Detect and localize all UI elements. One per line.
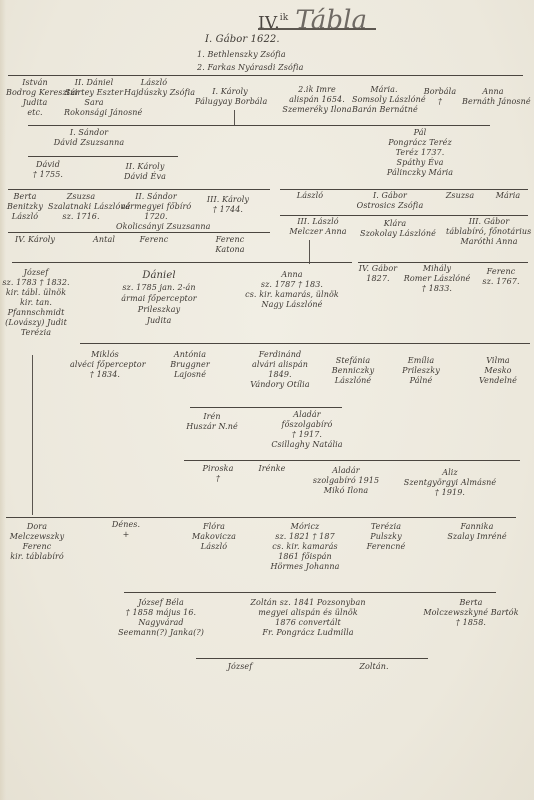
person-irenke: Irénke	[252, 464, 292, 474]
gabor-children-connector	[280, 215, 528, 216]
person-dora: DoraMelczewszkyFerenckir. táblabíró	[4, 522, 70, 562]
person-sandor-ii: II. Sándorvármegyei főbíró1720.Okolicsán…	[116, 192, 196, 232]
person-zoltan-child: Zoltán.	[352, 662, 396, 672]
person-sandor-i: I. SándorDávid Zsuzsanna	[44, 128, 134, 148]
person-daniel-ii: II. DánielSzirtey EszterSaraRokonsági Já…	[64, 78, 124, 118]
person-berta-1858: BertaMolczewszkyné Bartók† 1858.	[416, 598, 526, 628]
person-klara: KláraSzokolay Lászlóné	[360, 219, 430, 239]
person-maria: Mária.Somsoly LászlónéBarán Bernátné	[352, 85, 416, 115]
person-piroska: Piroska†	[196, 464, 240, 484]
title-word: Tábla	[295, 5, 367, 35]
person-borbala: Borbála†	[422, 87, 458, 107]
person-anna-1787: Annasz. 1787 † 183.cs. kir. kamarás, üln…	[244, 270, 340, 310]
karoly-children-connector	[8, 189, 270, 190]
zoltan-children-connector	[196, 658, 428, 659]
person-mihaly: MihályRomer Lászlóné† 1833.	[400, 264, 474, 294]
gen1-connector	[8, 75, 523, 76]
person-ferenc-1767: Ferencsz. 1767.	[474, 267, 528, 287]
person-anna: AnnaBernáth Jánosné	[462, 87, 524, 107]
root-name: I. Gábor 1622.	[205, 34, 280, 46]
person-karoly-iii: III. Károly† 1744.	[200, 195, 256, 215]
person-zoltan-1841: Zoltán sz. 1841 Pozsonybanmegyei alispán…	[240, 598, 376, 638]
person-pal: PálPongrácz TerézTeréz 1737.Spáthy ÉvaPá…	[370, 128, 470, 178]
person-gabor-iii: III. Gábortáblabíró, főnotárius 1751Maró…	[446, 217, 532, 247]
page-title: IV.ik Tábla	[258, 6, 367, 35]
person-daniel-1785: Dániel sz. 1785 jan. 2-án ármai főpercep…	[104, 270, 214, 326]
jozsef-descent	[32, 355, 33, 515]
sandor-ii-children-connector	[8, 232, 270, 233]
root-spouse-1: 1. Bethlenszky Zsófia	[197, 50, 286, 60]
person-flora: FlóraMakoviczaLászló	[182, 522, 246, 552]
person-jozsef-child: József	[220, 662, 260, 672]
person-terezia: TeréziaPulszkyFerencné	[356, 522, 416, 552]
person-berta: BertaBenitzkyLászló	[4, 192, 46, 222]
person-ferenc-katona: FerencKatona	[205, 235, 255, 255]
person-laszlo: LászlóHajdúszky Zsófia	[124, 78, 184, 98]
person-jozsef-bela: József Béla† 1858 május 16.NagyváradSeem…	[118, 598, 204, 638]
root-spouse-2: 2. Farkas Nyárasdi Zsófia	[197, 63, 304, 73]
person-david: Dávid† 1755.	[28, 160, 68, 180]
person-aladar-1915: Aladárszolgabíró 1915Mikó Ilona	[306, 466, 386, 496]
gen6-connector	[12, 262, 352, 263]
gabor-iii-children-connector	[358, 262, 528, 263]
page-edge-shadow	[0, 0, 6, 800]
person-aliz: AlizSzentgyörgyi Almásné† 1919.	[400, 468, 500, 498]
person-istvan: IstvánBodrog KeresztúrJuditaetc.	[6, 78, 64, 118]
person-imre-ii: 2.ik Imrealispán 1654.Szemeréky Ilona	[282, 85, 352, 115]
person-ferenc: Ferenc	[134, 235, 174, 245]
person-gabor-i: I. GáborOstrosics Zsófia	[350, 191, 430, 211]
person-miklos: Miklósalvéci főperceptor† 1834.	[70, 350, 140, 380]
person-emilia: EmíliaPrileszkyPálné	[386, 356, 456, 386]
person-laszlo-pal: László	[280, 191, 340, 201]
person-karoly-iv: IV. Károly	[8, 235, 62, 245]
title-underline	[258, 28, 376, 30]
person-stefania: StefániaBenniczkyLászlóné	[320, 356, 386, 386]
person-maria-2: Mária	[488, 191, 528, 201]
jozsef-children-connector	[6, 517, 516, 518]
aladar-children-connector	[184, 460, 520, 461]
person-fannika: FannikaSzalay Imréné	[432, 522, 522, 542]
title-suffix: ik	[280, 13, 289, 23]
person-aladar-1917: Aladárfőszolgabíró† 1917.Csillaghy Natál…	[262, 410, 352, 450]
person-karoly-ii: II. KárolyDávid Éva	[110, 162, 180, 182]
person-laszlo-iii: III. LászlóMelczer Anna	[280, 217, 356, 237]
person-vilma: VilmaMeskoVendelné	[470, 356, 526, 386]
ferdinand-children-connector	[190, 407, 342, 408]
person-denes: Dénes.+	[104, 520, 148, 540]
person-gabor-iv: IV. Gábor1827.	[358, 264, 398, 284]
manuscript-page: IV.ik Tábla I. Gábor 1622. 1. Bethlenszk…	[0, 0, 534, 800]
person-moricz: Móriczsz. 1821 † 187cs. kir. kamarás1861…	[260, 522, 350, 572]
laszlo-iii-descent	[309, 240, 310, 264]
pal-children-connector	[280, 189, 528, 190]
person-iren: IrénHuszár N.né	[182, 412, 242, 432]
person-jozsef-1783: Józsefsz. 1783 † 1832.kir. tábl. ülnökki…	[2, 268, 70, 338]
person-zsuzsa: Zsuzsa	[440, 191, 480, 201]
gen2-connector	[28, 125, 490, 126]
moricz-children-connector	[124, 592, 496, 593]
person-zsuzsa-2: ZsuzsaSzalatnaki Lászlónész. 1716.	[48, 192, 114, 222]
person-antonia: AntóniaBruggnerLajosné	[148, 350, 232, 380]
person-antal: Antal	[84, 235, 124, 245]
person-karoly-i: I. KárolyPálugyay Borbála	[195, 87, 265, 107]
daniel-children-connector	[80, 343, 530, 344]
title-number: IV.	[258, 13, 280, 33]
karoly-descent	[234, 110, 235, 125]
person-ferdinand: Ferdinándalvári alispán1849.Vándory Otíl…	[242, 350, 318, 390]
sandor-children-connector	[28, 156, 178, 157]
